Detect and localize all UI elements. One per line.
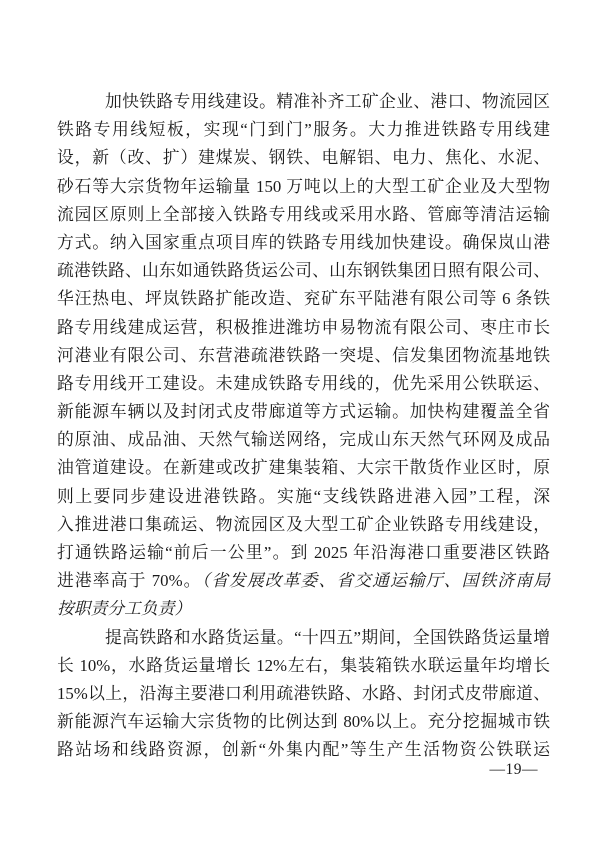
text-line: 路专用线开工建设。未建成铁路专用线的，优先采用公铁联运、: [57, 370, 550, 398]
body-text: 路站场和线路资源，创新“外集内配”等生产生活物资公铁联运: [57, 740, 550, 759]
body-text: 路专用线开工建设。未建成铁路专用线的，优先采用公铁联运、: [57, 374, 550, 393]
responsibility-note-text: （省发展改革委、省交通运输厅、国铁济南局: [202, 571, 550, 590]
text-line: 河港业有限公司、东营港疏港铁路一突堤、信发集团物流基地铁: [57, 342, 550, 370]
text-line: 油管道建设。在新建或改扩建集装箱、大宗干散货作业区时，原: [57, 454, 550, 482]
body-text: 入推进港口集疏运、物流园区及大型工矿企业铁路专用线建设，: [57, 515, 550, 534]
text-line: 提高铁路和水路货运量。“十四五”期间，全国铁路货运量增: [57, 624, 550, 652]
text-line: 入推进港口集疏运、物流园区及大型工矿企业铁路专用线建设，: [57, 511, 550, 539]
body-text: 进港率高于 70%。: [57, 571, 202, 590]
text-line: 设，新（改、扩）建煤炭、钢铁、电解铝、电力、焦化、水泥、: [57, 144, 550, 172]
text-line: 的原油、成品油、天然气输送网络，完成山东天然气环网及成品: [57, 426, 550, 454]
text-line: 15%以上，沿海主要港口利用疏港铁路、水路、封闭式皮带廊道、: [57, 680, 550, 708]
text-line: 按职责分工负责）: [57, 595, 550, 623]
text-line: 进港率高于 70%。（省发展改革委、省交通运输厅、国铁济南局: [57, 567, 550, 595]
body-text: 方式。纳入国家重点项目库的铁路专用线加快建设。确保岚山港: [57, 233, 550, 252]
body-text: 的原油、成品油、天然气输送网络，完成山东天然气环网及成品: [57, 430, 550, 449]
body-text: 长 10%，水路货运量增长 12%左右，集装箱铁水联运量年均增长: [57, 656, 550, 675]
text-line: 流园区原则上全部接入铁路专用线或采用水路、管廊等清洁运输: [57, 201, 550, 229]
text-line: 打通铁路运输“前后一公里”。到 2025 年沿海港口重要港区铁路: [57, 539, 550, 567]
page-number: —19—: [490, 761, 539, 779]
text-line: 华汪热电、坪岚铁路扩能改造、兖矿东平陆港有限公司等 6 条铁: [57, 285, 550, 313]
body-text: 华汪热电、坪岚铁路扩能改造、兖矿东平陆港有限公司等 6 条铁: [57, 289, 550, 308]
text-line: 路专用线建成运营，积极推进潍坊申易物流有限公司、枣庄市长: [57, 314, 550, 342]
text-line: 则上要同步建设进港铁路。实施“支线铁路进港入园”工程，深: [57, 483, 550, 511]
body-text: 疏港铁路、山东如通铁路货运公司、山东钢铁集团日照有限公司、: [57, 261, 550, 280]
paragraph-rail-water-freight-volume: 提高铁路和水路货运量。“十四五”期间，全国铁路货运量增长 10%，水路货运量增长…: [57, 624, 550, 765]
body-text: 提高铁路和水路货运量。“十四五”期间，全国铁路货运量增: [105, 628, 550, 647]
body-text: 15%以上，沿海主要港口利用疏港铁路、水路、封闭式皮带廊道、: [57, 684, 550, 703]
text-line: 长 10%，水路货运量增长 12%左右，集装箱铁水联运量年均增长: [57, 652, 550, 680]
text-line: 加快铁路专用线建设。精准补齐工矿企业、港口、物流园区: [57, 88, 550, 116]
responsibility-note-text: 按职责分工负责）: [57, 599, 191, 618]
text-line: 路站场和线路资源，创新“外集内配”等生产生活物资公铁联运: [57, 736, 550, 764]
text-line: 疏港铁路、山东如通铁路货运公司、山东钢铁集团日照有限公司、: [57, 257, 550, 285]
body-text: 加快铁路专用线建设。精准补齐工矿企业、港口、物流园区: [105, 92, 550, 111]
text-line: 方式。纳入国家重点项目库的铁路专用线加快建设。确保岚山港: [57, 229, 550, 257]
body-text: 新能源汽车运输大宗货物的比例达到 80%以上。充分挖掘城市铁: [57, 712, 550, 731]
body-text: 铁路专用线短板，实现“门到门”服务。大力推进铁路专用线建: [57, 120, 550, 139]
document-page: 加快铁路专用线建设。精准补齐工矿企业、港口、物流园区铁路专用线短板，实现“门到门…: [0, 0, 600, 848]
body-text: 打通铁路运输“前后一公里”。到 2025 年沿海港口重要港区铁路: [57, 543, 550, 562]
body-text: 油管道建设。在新建或改扩建集装箱、大宗干散货作业区时，原: [57, 458, 550, 477]
document-body: 加快铁路专用线建设。精准补齐工矿企业、港口、物流园区铁路专用线短板，实现“门到门…: [57, 88, 550, 765]
body-text: 河港业有限公司、东营港疏港铁路一突堤、信发集团物流基地铁: [57, 346, 550, 365]
text-line: 新能源车辆以及封闭式皮带廊道等方式运输。加快构建覆盖全省: [57, 398, 550, 426]
text-line: 新能源汽车运输大宗货物的比例达到 80%以上。充分挖掘城市铁: [57, 708, 550, 736]
text-line: 砂石等大宗货物年运输量 150 万吨以上的大型工矿企业及大型物: [57, 173, 550, 201]
body-text: 则上要同步建设进港铁路。实施“支线铁路进港入园”工程，深: [57, 487, 550, 506]
body-text: 流园区原则上全部接入铁路专用线或采用水路、管廊等清洁运输: [57, 205, 550, 224]
text-line: 铁路专用线短板，实现“门到门”服务。大力推进铁路专用线建: [57, 116, 550, 144]
body-text: 路专用线建成运营，积极推进潍坊申易物流有限公司、枣庄市长: [57, 318, 550, 337]
body-text: 设，新（改、扩）建煤炭、钢铁、电解铝、电力、焦化、水泥、: [57, 148, 550, 167]
body-text: 新能源车辆以及封闭式皮带廊道等方式运输。加快构建覆盖全省: [57, 402, 550, 421]
paragraph-railway-dedicated-lines: 加快铁路专用线建设。精准补齐工矿企业、港口、物流园区铁路专用线短板，实现“门到门…: [57, 88, 550, 624]
body-text: 砂石等大宗货物年运输量 150 万吨以上的大型工矿企业及大型物: [57, 177, 550, 196]
